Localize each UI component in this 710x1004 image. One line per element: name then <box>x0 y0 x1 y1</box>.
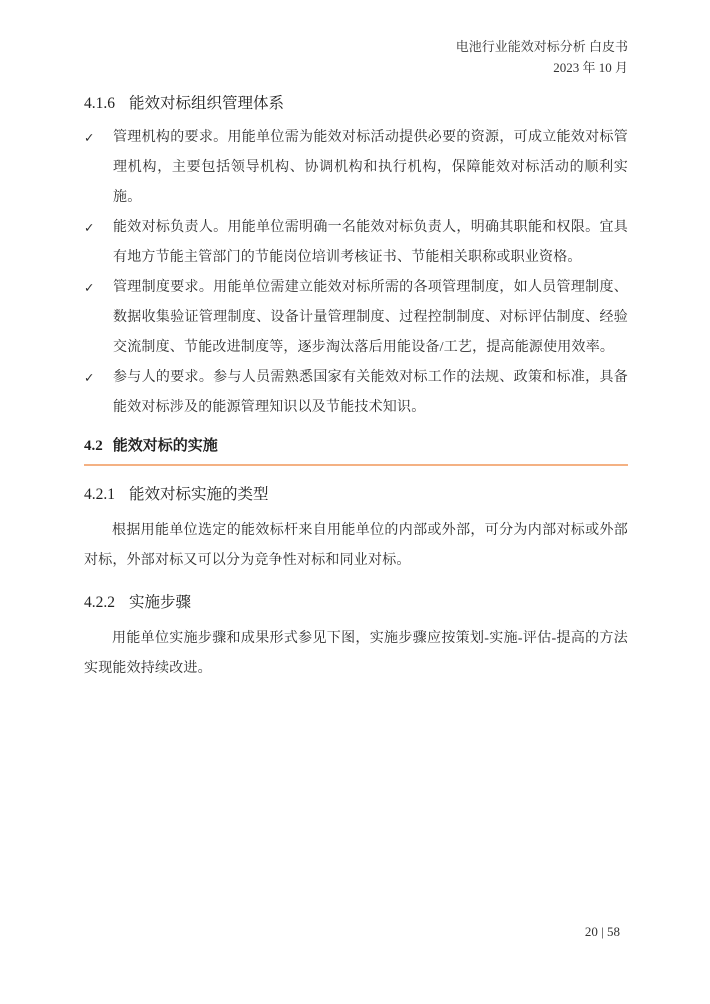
section-number: 4.2.1 <box>84 486 115 503</box>
bullet-text: 能效对标负责人。用能单位需明确一名能效对标负责人，明确其职能和权限。宜具有地方节… <box>113 213 628 273</box>
checkmark-icon: ✓ <box>84 273 113 303</box>
list-item: ✓ 管理制度要求。用能单位需建立能效对标所需的各项管理制度，如人员管理制度、数据… <box>84 273 628 363</box>
checkmark-icon: ✓ <box>84 363 113 393</box>
document-header: 电池行业能效对标分析 白皮书 2023 年 10 月 <box>84 36 628 78</box>
section-title: 能效对标的实施 <box>113 438 218 454</box>
paragraph: 用能单位实施步骤和成果形式参见下图，实施步骤应按策划-实施-评估-提高的方法实现… <box>84 624 628 684</box>
section-heading-4-1-6: 4.1.6能效对标组织管理体系 <box>84 94 628 114</box>
page-number: 20 | 58 <box>585 924 620 940</box>
bullet-text: 管理制度要求。用能单位需建立能效对标所需的各项管理制度，如人员管理制度、数据收集… <box>113 273 628 363</box>
paragraph: 根据用能单位选定的能效标杆来自用能单位的内部或外部，可分为内部对标或外部对标，外… <box>84 516 628 576</box>
bullet-text: 参与人的要求。参与人员需熟悉国家有关能效对标工作的法规、政策和标准，具备能效对标… <box>113 363 628 423</box>
section-number: 4.1.6 <box>84 95 115 112</box>
section-heading-4-2: 4.2能效对标的实施 <box>84 436 628 456</box>
list-item: ✓ 参与人的要求。参与人员需熟悉国家有关能效对标工作的法规、政策和标准，具备能效… <box>84 363 628 423</box>
section-heading-4-2-1: 4.2.1能效对标实施的类型 <box>84 485 628 505</box>
section-number: 4.2 <box>84 438 103 454</box>
list-item: ✓ 管理机构的要求。用能单位需为能效对标活动提供必要的资源，可成立能效对标管理机… <box>84 123 628 213</box>
section-heading-4-2-2: 4.2.2实施步骤 <box>84 593 628 613</box>
document-date: 2023 年 10 月 <box>84 57 628 78</box>
bullet-text: 管理机构的要求。用能单位需为能效对标活动提供必要的资源，可成立能效对标管理机构，… <box>113 123 628 213</box>
checkmark-icon: ✓ <box>84 213 113 243</box>
list-item: ✓ 能效对标负责人。用能单位需明确一名能效对标负责人，明确其职能和权限。宜具有地… <box>84 213 628 273</box>
checkmark-icon: ✓ <box>84 123 113 153</box>
document-title: 电池行业能效对标分析 白皮书 <box>84 36 628 57</box>
document-page: 电池行业能效对标分析 白皮书 2023 年 10 月 4.1.6能效对标组织管理… <box>0 0 710 1004</box>
section-title: 能效对标组织管理体系 <box>129 95 284 112</box>
section-divider <box>84 464 628 466</box>
section-number: 4.2.2 <box>84 594 115 611</box>
bullet-list: ✓ 管理机构的要求。用能单位需为能效对标活动提供必要的资源，可成立能效对标管理机… <box>84 123 628 423</box>
section-title: 能效对标实施的类型 <box>129 486 269 503</box>
section-title: 实施步骤 <box>129 594 191 611</box>
